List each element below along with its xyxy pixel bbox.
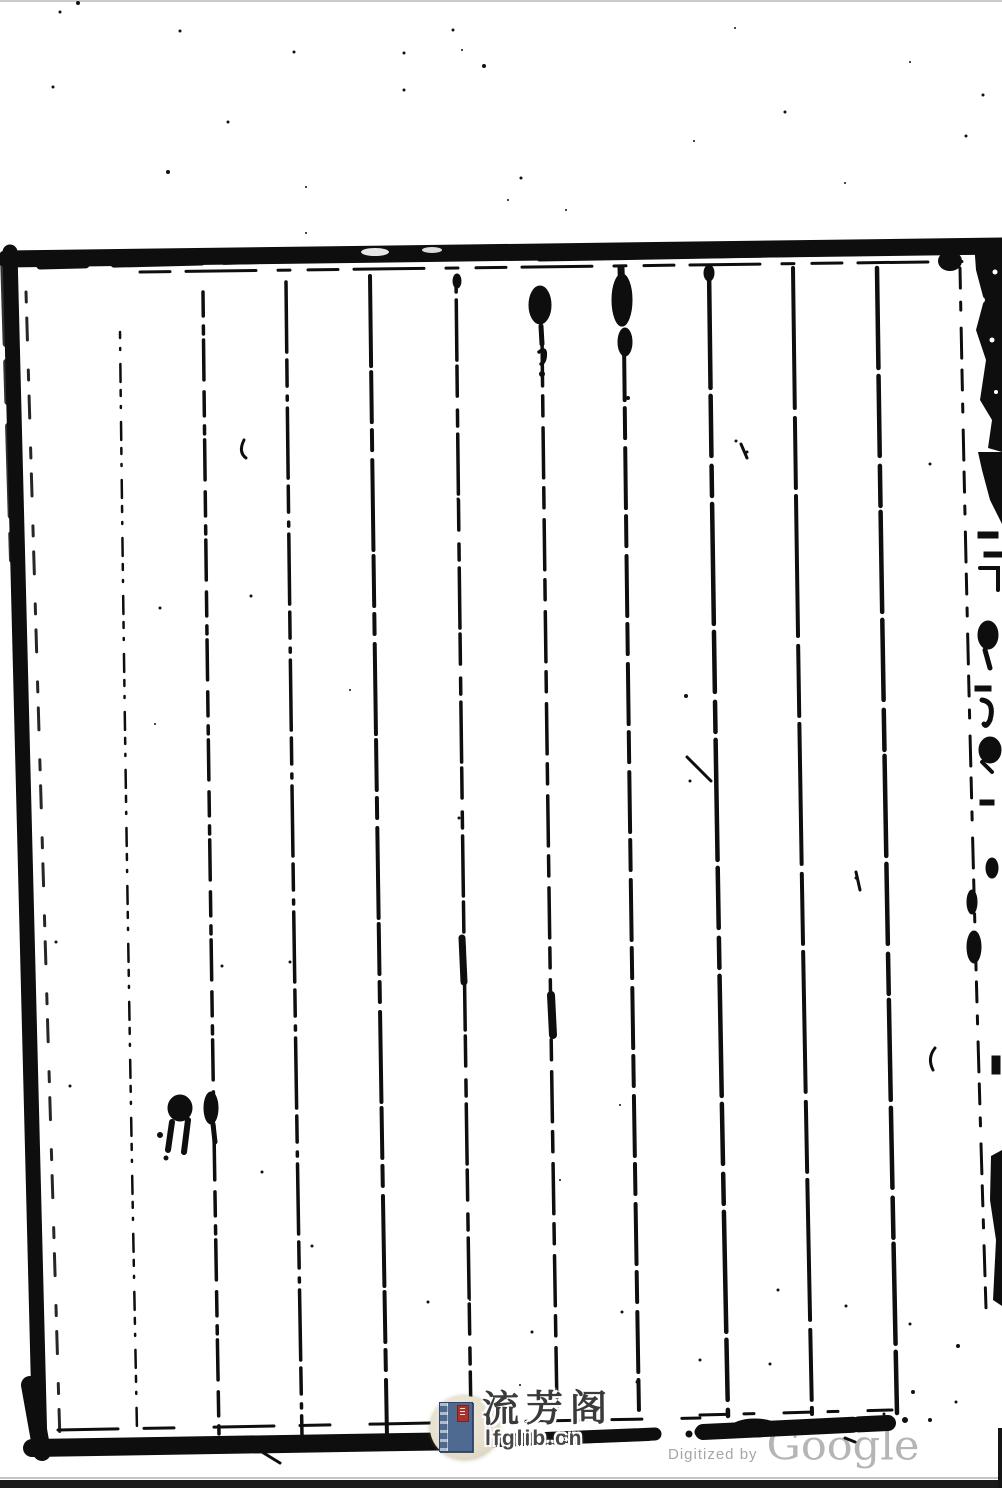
lfglib-site-url: lfglib.cn: [485, 1427, 614, 1451]
book-icon-binding: [440, 1403, 448, 1451]
frame-right-gutter: [974, 242, 1002, 1306]
lfglib-watermark-text: 流芳阁 lfglib.cn: [482, 1390, 614, 1451]
scan-edges: [0, 0, 1002, 1488]
frame-top-border: [6, 246, 1002, 272]
scanned-book-page: 流芳阁 lfglib.cn Digitized by Google: [0, 0, 1002, 1488]
book-icon-cover: [439, 1402, 473, 1452]
lfglib-site-name: 流芳阁: [482, 1389, 614, 1429]
lfglib-watermark: 流芳阁 lfglib.cn: [428, 1390, 658, 1470]
bleed-through-fragments: [975, 532, 1002, 1074]
google-watermark: Digitized by Google: [668, 1424, 919, 1467]
digitized-by-label: Digitized by: [668, 1446, 758, 1463]
frame-left-border: [3, 252, 60, 1452]
scan-artwork: [0, 0, 1002, 1488]
scan-speckles: [52, 1, 985, 1422]
ruled-column-lines: [120, 268, 986, 1438]
ink-blobs: [158, 265, 982, 1423]
google-logo-text: Google: [767, 1426, 920, 1467]
book-icon-label: [457, 1405, 469, 1422]
